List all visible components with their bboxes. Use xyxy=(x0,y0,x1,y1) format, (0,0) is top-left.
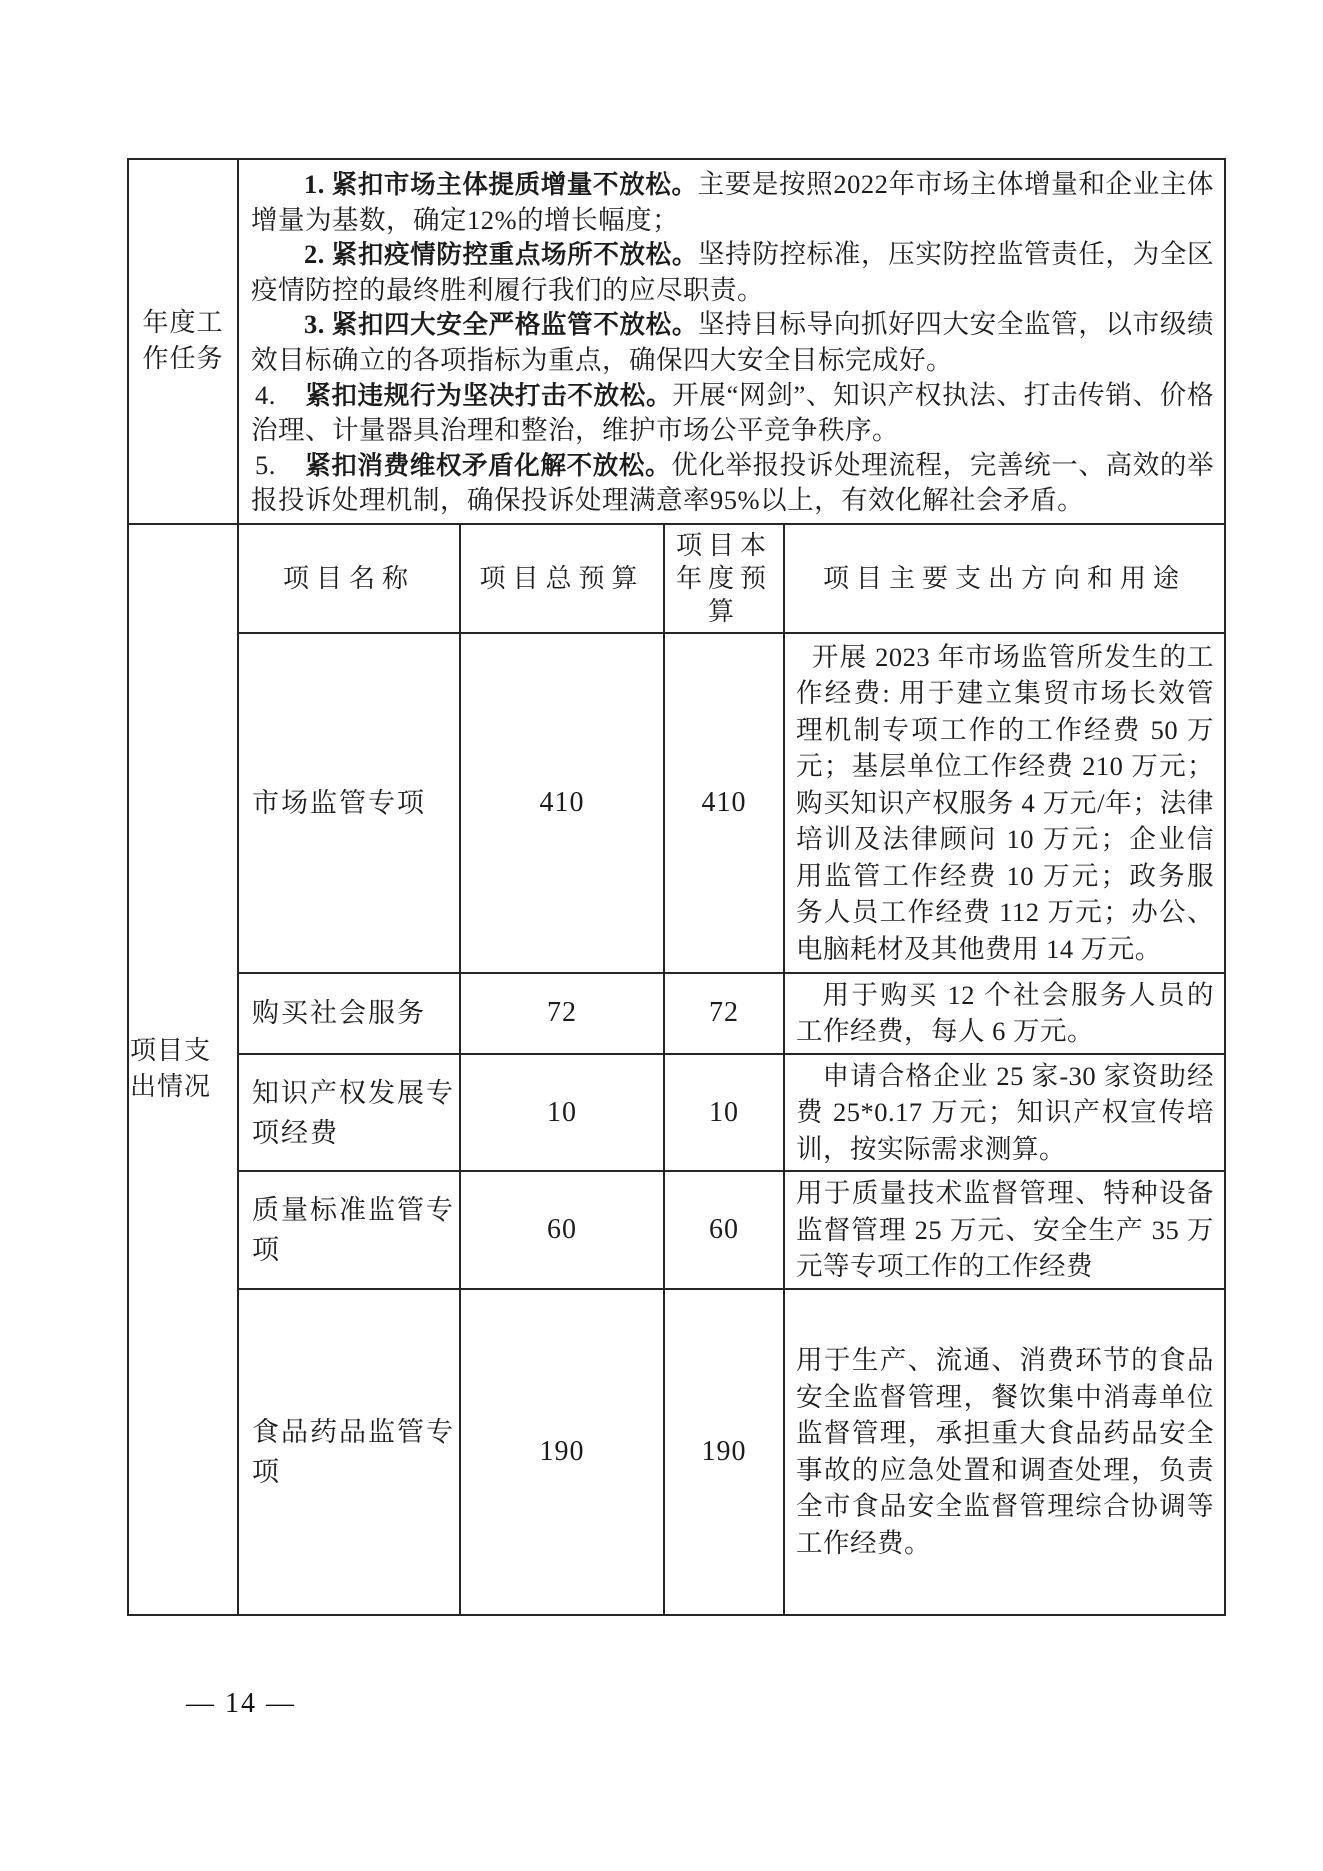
project-usage: 用于生产、流通、消费环节的食品安全监督管理，餐饮集中消毒单位监督管理，承担重大食… xyxy=(784,1289,1225,1615)
task-item-2: 2.紧扣疫情防控重点场所不放松。坚持防控标准，压实防控监管责任，为全区疫情防控的… xyxy=(251,237,1214,307)
project-usage: 用于购买 12 个社会服务人员的工作经费，每人 6 万元。 xyxy=(784,973,1225,1054)
project-row: 市场监管专项 410 410 开展 2023 年市场监管所发生的工作经费: 用于… xyxy=(128,633,1225,973)
project-year-budget: 72 xyxy=(664,973,784,1054)
budget-table: 年度工作任务 1.紧扣市场主体提质增量不放松。主要是按照2022年市场主体增量和… xyxy=(127,158,1226,1616)
project-usage: 申请合格企业 25 家-30 家资助经费 25*0.17 万元；知识产权宣传培训… xyxy=(784,1054,1225,1172)
project-usage: 用于质量技术监督管理、特种设备监督管理 25 万元、安全生产 35 万元等专项工… xyxy=(784,1171,1225,1289)
project-year-budget: 190 xyxy=(664,1289,784,1615)
column-header-usage: 项目主要支出方向和用途 xyxy=(784,524,1225,633)
project-total-budget: 10 xyxy=(460,1054,664,1172)
project-usage-text: 申请合格企业 25 家-30 家资助经费 25*0.17 万元；知识产权宣传培训… xyxy=(796,1058,1214,1168)
task-number: 5. xyxy=(255,450,276,480)
task-bold-lead: 紧扣四大安全严格监管不放松。 xyxy=(332,311,699,339)
project-year-budget: 410 xyxy=(664,633,784,973)
project-year-budget: 10 xyxy=(664,1054,784,1172)
column-header-project-name: 项目名称 xyxy=(238,524,460,633)
project-name: 购买社会服务 xyxy=(238,973,460,1054)
task-number: 1. xyxy=(304,169,325,199)
page-number: — 14 — xyxy=(186,1688,296,1720)
document-page: { "page": { "number": "— 14 —" }, "table… xyxy=(0,0,1323,1871)
project-total-budget: 60 xyxy=(460,1171,664,1289)
project-total-budget: 410 xyxy=(460,633,664,973)
task-bold-lead: 紧扣消费维权矛盾化解不放松。 xyxy=(305,452,671,480)
project-row: 食品药品监管专项 190 190 用于生产、流通、消费环节的食品安全监督管理，餐… xyxy=(128,1289,1225,1615)
project-row: 质量标准监管专项 60 60 用于质量技术监督管理、特种设备监督管理 25 万元… xyxy=(128,1171,1225,1289)
project-usage-text: 开展 2023 年市场监管所发生的工作经费: 用于建立集贸市场长效管理机制专项工… xyxy=(796,639,1214,968)
column-header-total-budget: 项目总预算 xyxy=(460,524,664,633)
project-name: 食品药品监管专项 xyxy=(238,1289,460,1615)
task-bold-lead: 紧扣违规行为坚决打击不放松。 xyxy=(305,382,672,410)
project-usage: 开展 2023 年市场监管所发生的工作经费: 用于建立集贸市场长效管理机制专项工… xyxy=(784,633,1225,973)
task-item-1: 1.紧扣市场主体提质增量不放松。主要是按照2022年市场主体增量和企业主体增量为… xyxy=(251,167,1214,237)
task-number: 4. xyxy=(255,380,276,410)
project-row: 知识产权发展专项经费 10 10 申请合格企业 25 家-30 家资助经费 25… xyxy=(128,1054,1225,1172)
project-row: 购买社会服务 72 72 用于购买 12 个社会服务人员的工作经费，每人 6 万… xyxy=(128,973,1225,1054)
projects-label: 项目支出情况 xyxy=(128,524,238,1615)
project-total-budget: 72 xyxy=(460,973,664,1054)
project-usage-text: 用于生产、流通、消费环节的食品安全监督管理，餐饮集中消毒单位监督管理，承担重大食… xyxy=(796,1342,1214,1561)
task-item-4: 4.紧扣违规行为坚决打击不放松。开展“网剑”、知识产权执法、打击传销、价格治理、… xyxy=(251,378,1214,448)
project-name: 知识产权发展专项经费 xyxy=(238,1054,460,1172)
project-usage-text: 用于质量技术监督管理、特种设备监督管理 25 万元、安全生产 35 万元等专项工… xyxy=(796,1175,1214,1285)
annual-tasks-label: 年度工作任务 xyxy=(128,159,238,524)
project-year-budget: 60 xyxy=(664,1171,784,1289)
project-name: 市场监管专项 xyxy=(238,633,460,973)
task-number: 3. xyxy=(304,309,325,339)
project-total-budget: 190 xyxy=(460,1289,664,1615)
project-usage-text: 用于购买 12 个社会服务人员的工作经费，每人 6 万元。 xyxy=(796,977,1214,1050)
task-bold-lead: 紧扣疫情防控重点场所不放松。 xyxy=(332,241,699,269)
project-name: 质量标准监管专项 xyxy=(238,1171,460,1289)
task-number: 2. xyxy=(304,239,325,269)
annual-tasks-content: 1.紧扣市场主体提质增量不放松。主要是按照2022年市场主体增量和企业主体增量为… xyxy=(238,159,1225,524)
task-item-3: 3.紧扣四大安全严格监管不放松。坚持目标导向抓好四大安全监管，以市级绩效目标确立… xyxy=(251,307,1214,377)
task-bold-lead: 紧扣市场主体提质增量不放松。 xyxy=(332,171,698,199)
column-header-year-budget: 项目本年度预算 xyxy=(664,524,784,633)
task-item-5: 5.紧扣消费维权矛盾化解不放松。优化举报投诉处理流程，完善统一、高效的举报投诉处… xyxy=(251,448,1214,518)
